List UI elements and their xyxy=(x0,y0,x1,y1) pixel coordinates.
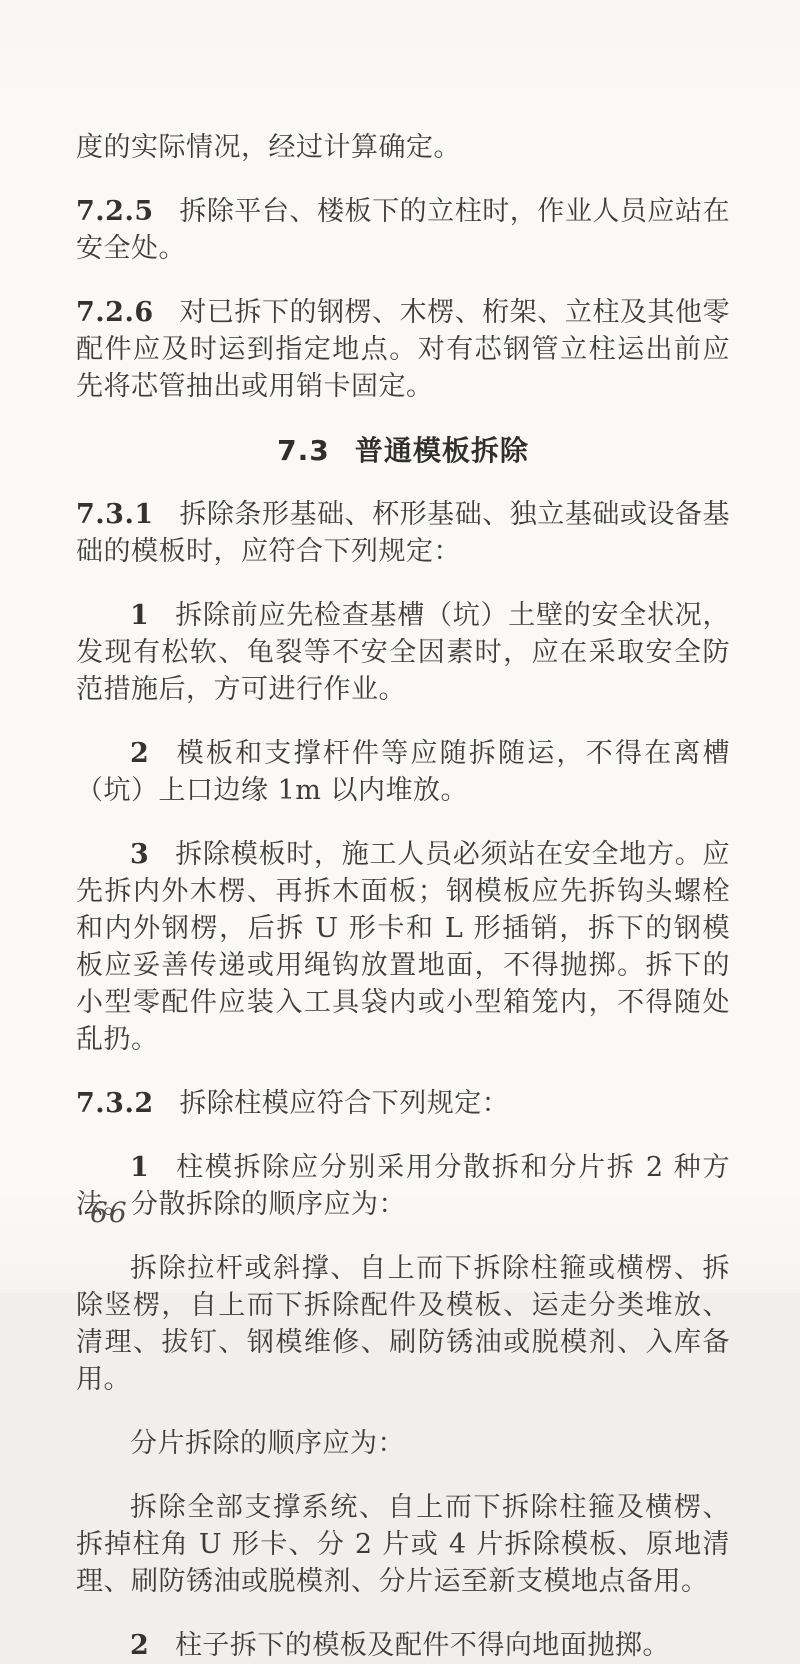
item-number: 2 xyxy=(130,1630,149,1661)
clause-7-3-2: 7.3.2拆除柱模应符合下列规定： xyxy=(76,1085,730,1122)
item-number: 1 xyxy=(130,600,149,631)
item-text: 拆除前应先检查基槽（坑）土壁的安全状况，发现有松软、龟裂等不安全因素时，应在采取… xyxy=(76,600,730,705)
paragraph-sequence-scatter: 拆除拉杆或斜撑、自上而下拆除柱箍或横楞、拆除竖楞，自上而下拆除配件及模板、运走分… xyxy=(76,1250,730,1398)
paragraph-text: 分片拆除的顺序应为： xyxy=(130,1428,405,1459)
paragraph-continuation: 度的实际情况，经过计算确定。 xyxy=(76,129,730,166)
paragraph-sequence-panel: 拆除全部支撑系统、自上而下拆除柱箍及横楞、拆掉柱角 U 形卡、分 2 片或 4 … xyxy=(76,1489,730,1600)
section-title: 普通模板拆除 xyxy=(355,434,529,467)
list-item-2b: 2柱子拆下的模板及配件不得向地面抛掷。 xyxy=(76,1627,730,1664)
clause-text: 拆除柱模应符合下列规定： xyxy=(179,1088,509,1119)
item-number: 2 xyxy=(130,738,149,769)
clause-text: 对已拆下的钢楞、木楞、桁架、立柱及其他零配件应及时运到指定地点。对有芯钢管立柱运… xyxy=(76,297,730,402)
list-item-2: 2模板和支撑杆件等应随拆随运，不得在离槽（坑）上口边缘 1m 以内堆放。 xyxy=(76,735,730,809)
clause-7-2-6: 7.2.6对已拆下的钢楞、木楞、桁架、立柱及其他零配件应及时运到指定地点。对有芯… xyxy=(76,294,730,405)
paragraph-text: 拆除拉杆或斜撑、自上而下拆除柱箍或横楞、拆除竖楞，自上而下拆除配件及模板、运走分… xyxy=(76,1253,730,1395)
clause-text: 拆除条形基础、杯形基础、独立基础或设备基础的模板时，应符合下列规定： xyxy=(76,499,730,567)
clause-7-3-1: 7.3.1拆除条形基础、杯形基础、独立基础或设备基础的模板时，应符合下列规定： xyxy=(76,496,730,570)
document-page: 度的实际情况，经过计算确定。 7.2.5拆除平台、楼板下的立柱时，作业人员应站在… xyxy=(0,0,800,1293)
item-text: 柱子拆下的模板及配件不得向地面抛掷。 xyxy=(175,1630,670,1661)
page-number: 66 xyxy=(90,1196,128,1229)
item-number: 3 xyxy=(130,839,149,870)
list-item-1: 1拆除前应先检查基槽（坑）土壁的安全状况，发现有松软、龟裂等不安全因素时，应在采… xyxy=(76,597,730,708)
clause-number: 7.3.2 xyxy=(76,1088,154,1119)
section-heading: 7.3普通模板拆除 xyxy=(76,432,730,469)
clause-number: 7.2.5 xyxy=(76,196,154,227)
paragraph-text: 度的实际情况，经过计算确定。 xyxy=(76,132,461,163)
paragraph-sequence-intro: 分片拆除的顺序应为： xyxy=(76,1425,730,1462)
clause-text: 拆除平台、楼板下的立柱时，作业人员应站在安全处。 xyxy=(76,196,730,264)
clause-7-2-5: 7.2.5拆除平台、楼板下的立柱时，作业人员应站在安全处。 xyxy=(76,193,730,267)
list-item-3: 3拆除模板时，施工人员必须站在安全地方。应先拆内外木楞、再拆木面板；钢模板应先拆… xyxy=(76,836,730,1058)
item-text: 模板和支撑杆件等应随拆随运，不得在离槽（坑）上口边缘 1m 以内堆放。 xyxy=(76,738,730,806)
clause-number: 7.2.6 xyxy=(76,297,154,328)
list-item-1b: 1柱模拆除应分别采用分散拆和分片拆 2 种方法。分散拆除的顺序应为： xyxy=(76,1149,730,1223)
item-text: 柱模拆除应分别采用分散拆和分片拆 2 种方法。分散拆除的顺序应为： xyxy=(76,1152,730,1220)
section-number: 7.3 xyxy=(277,434,330,467)
paragraph-text: 拆除全部支撑系统、自上而下拆除柱箍及横楞、拆掉柱角 U 形卡、分 2 片或 4 … xyxy=(76,1492,730,1597)
clause-number: 7.3.1 xyxy=(76,499,154,530)
item-number: 1 xyxy=(130,1152,149,1183)
item-text: 拆除模板时，施工人员必须站在安全地方。应先拆内外木楞、再拆木面板；钢模板应先拆钩… xyxy=(76,839,730,1055)
